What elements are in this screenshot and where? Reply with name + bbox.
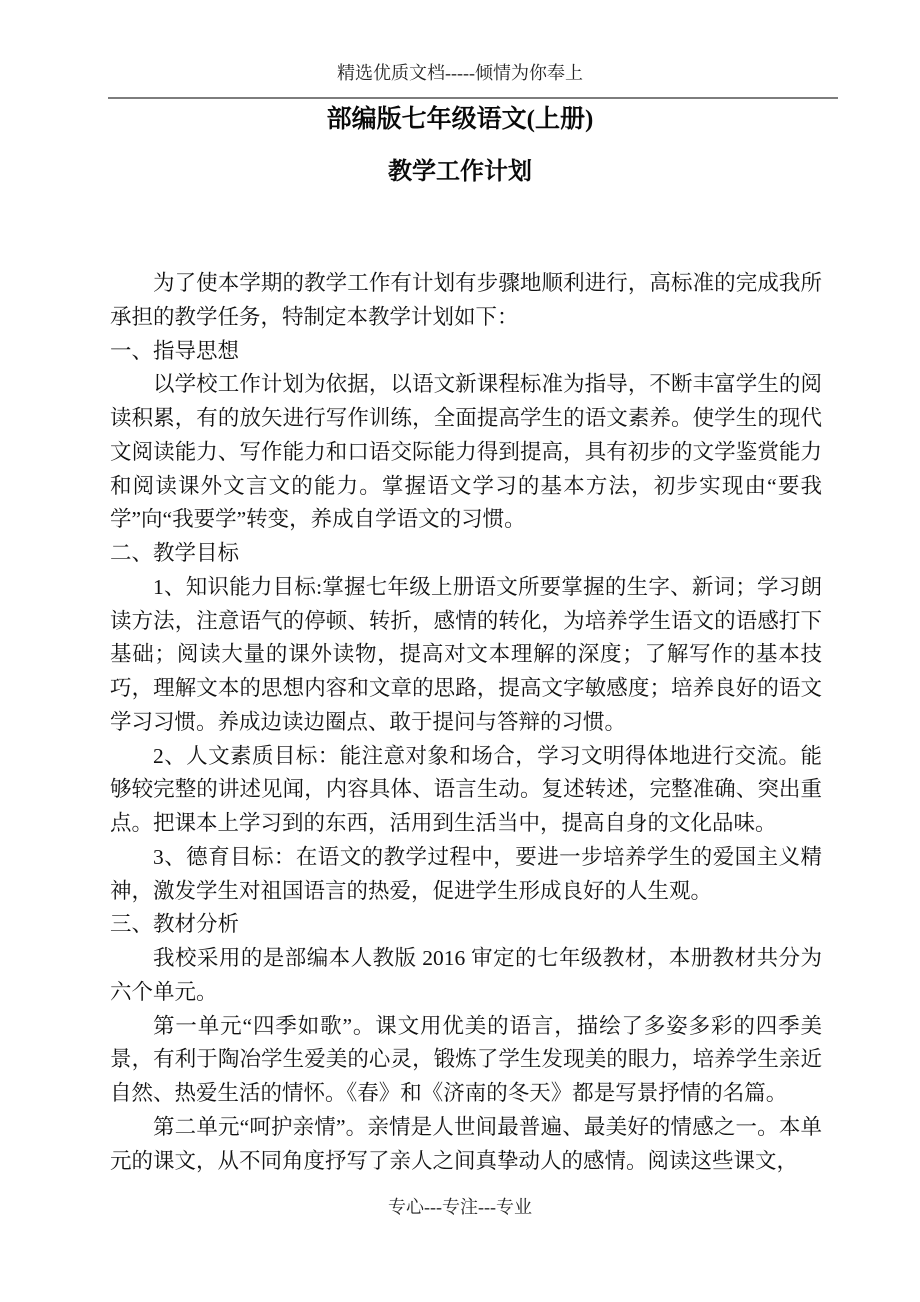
section-heading: 二、教学目标 bbox=[110, 537, 822, 571]
document-title: 部编版七年级语文(上册) bbox=[0, 105, 920, 135]
paragraph: 1、知识能力目标:掌握七年级上册语文所要掌握的生字、新词；学习朗读方法，注意语气… bbox=[110, 571, 822, 740]
header-rule bbox=[108, 97, 838, 99]
section-heading: 一、指导思想 bbox=[110, 335, 822, 369]
paragraph: 以学校工作计划为依据，以语文新课程标准为指导，不断丰富学生的阅读积累，有的放矢进… bbox=[110, 368, 822, 537]
paragraph: 第一单元“四季如歌”。课文用优美的语言，描绘了多姿多彩的四季美景，有利于陶冶学生… bbox=[110, 1010, 822, 1111]
page-header: 精选优质文档-----倾情为你奉上 bbox=[0, 0, 920, 99]
paragraph: 2、人文素质目标：能注意对象和场合，学习文明得体地进行交流。能够较完整的讲述见闻… bbox=[110, 740, 822, 841]
document-page: 精选优质文档-----倾情为你奉上 部编版七年级语文(上册) 教学工作计划 为了… bbox=[0, 0, 920, 1302]
paragraph: 第二单元“呵护亲情”。亲情是人世间最普遍、最美好的情感之一。本单元的课文，从不同… bbox=[110, 1111, 822, 1179]
paragraph: 为了使本学期的教学工作有计划有步骤地顺利进行，高标准的完成我所承担的教学任务，特… bbox=[110, 267, 822, 335]
paragraph: 我校采用的是部编本人教版 2016 审定的七年级教材，本册教材共分为六个单元。 bbox=[110, 942, 822, 1010]
document-subtitle: 教学工作计划 bbox=[0, 157, 920, 187]
section-heading: 三、教材分析 bbox=[110, 908, 822, 942]
paragraph: 3、德育目标：在语文的教学过程中，要进一步培养学生的爱国主义精神，激发学生对祖国… bbox=[110, 841, 822, 909]
header-text: 精选优质文档-----倾情为你奉上 bbox=[0, 0, 920, 84]
page-footer: 专心---专注---专业 bbox=[0, 1196, 920, 1218]
document-body: 为了使本学期的教学工作有计划有步骤地顺利进行，高标准的完成我所承担的教学任务，特… bbox=[110, 267, 822, 1182]
